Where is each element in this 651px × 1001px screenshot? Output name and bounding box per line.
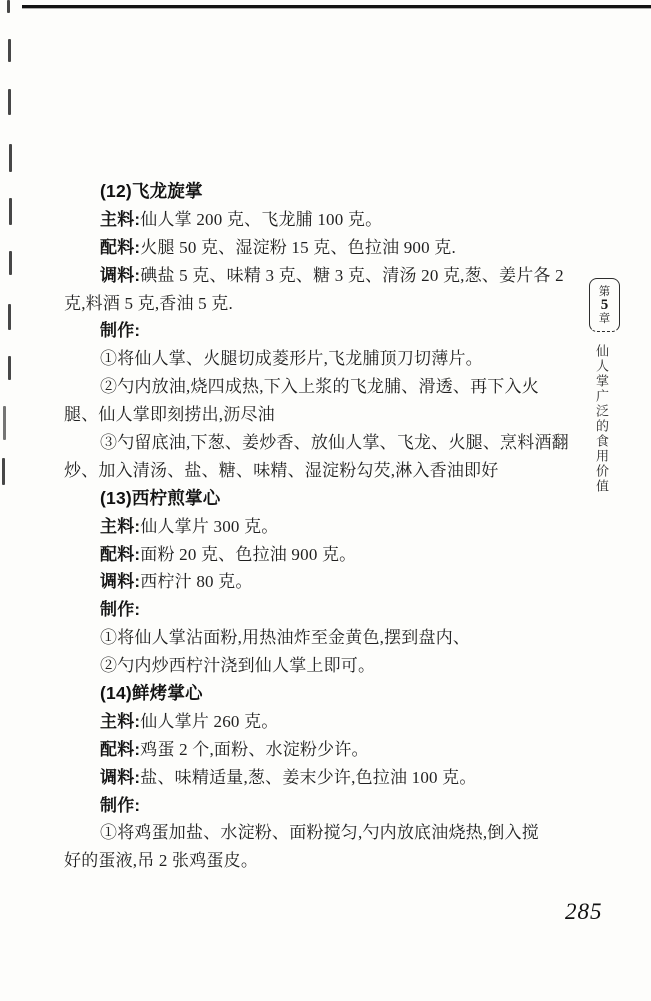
recipe-field-label: 调料: bbox=[100, 572, 140, 591]
scan-tick-artifact bbox=[3, 406, 6, 440]
recipe-text-line: 制作: bbox=[64, 317, 579, 345]
recipe-field-text: 面粉 20 克、色拉油 900 克。 bbox=[140, 545, 356, 564]
recipe-field-text: 仙人掌片 300 克。 bbox=[140, 517, 278, 536]
recipe-text-line: 制作: bbox=[64, 596, 579, 624]
recipe-field-text: ①将鸡蛋加盐、水淀粉、面粉搅匀,勺内放底油烧热,倒入搅 bbox=[100, 823, 539, 842]
recipe-field-text: 盐、味精适量,葱、姜末少许,色拉油 100 克。 bbox=[140, 768, 476, 787]
scan-tick-artifact bbox=[8, 356, 11, 380]
scan-edge-artifact bbox=[22, 5, 651, 8]
recipe-field-text: 鸡蛋 2 个,面粉、水淀粉少许。 bbox=[140, 740, 368, 759]
chapter-tab-number: 5 bbox=[601, 298, 609, 313]
recipe-text-block: (12)飞龙旋掌主料:仙人掌 200 克、飞龙脯 100 克。配料:火腿 50 … bbox=[64, 178, 579, 875]
recipe-text-line: ①将仙人掌沾面粉,用热油炸至金黄色,摆到盘内、 bbox=[64, 624, 579, 652]
recipe-field-text: 火腿 50 克、湿淀粉 15 克、色拉油 900 克. bbox=[140, 238, 456, 257]
recipe-field-label: 制作: bbox=[100, 600, 140, 619]
page-number: 285 bbox=[565, 899, 603, 925]
recipe-field-text: ③勺留底油,下葱、姜炒香、放仙人掌、飞龙、火腿、烹料酒翻 bbox=[100, 433, 569, 452]
recipe-field-text: (13)西柠煎掌心 bbox=[100, 488, 220, 508]
recipe-heading: (12)飞龙旋掌 bbox=[64, 178, 579, 206]
recipe-field-text: 好的蛋液,吊 2 张鸡蛋皮。 bbox=[64, 851, 258, 870]
recipe-field-text: (14)鲜烤掌心 bbox=[100, 683, 203, 703]
recipe-field-label: 主料: bbox=[100, 210, 140, 229]
recipe-text-line: 炒、加入清汤、盐、糖、味精、湿淀粉勾芡,淋入香油即好 bbox=[64, 457, 579, 485]
recipe-heading: (14)鲜烤掌心 bbox=[64, 680, 579, 708]
recipe-text-line: 配料:火腿 50 克、湿淀粉 15 克、色拉油 900 克. bbox=[64, 234, 579, 262]
recipe-text-line: 调料:碘盐 5 克、味精 3 克、糖 3 克、清汤 20 克,葱、姜片各 2 bbox=[64, 262, 579, 290]
recipe-field-text: (12)飞龙旋掌 bbox=[100, 181, 203, 201]
recipe-text-line: 主料:仙人掌片 260 克。 bbox=[64, 708, 579, 736]
scan-tick-artifact bbox=[8, 39, 11, 62]
recipe-field-label: 配料: bbox=[100, 740, 140, 759]
recipe-field-label: 制作: bbox=[100, 796, 140, 815]
scan-tick-artifact bbox=[9, 198, 12, 225]
recipe-text-line: ③勺留底油,下葱、姜炒香、放仙人掌、飞龙、火腿、烹料酒翻 bbox=[64, 429, 579, 457]
recipe-text-line: 主料:仙人掌片 300 克。 bbox=[64, 513, 579, 541]
recipe-text-line: ②勺内炒西柠汁浇到仙人掌上即可。 bbox=[64, 652, 579, 680]
recipe-text-line: 配料:鸡蛋 2 个,面粉、水淀粉少许。 bbox=[64, 736, 579, 764]
recipe-text-line: 主料:仙人掌 200 克、飞龙脯 100 克。 bbox=[64, 206, 579, 234]
recipe-text-line: ①将鸡蛋加盐、水淀粉、面粉搅匀,勺内放底油烧热,倒入搅 bbox=[64, 819, 579, 847]
recipe-field-label: 主料: bbox=[100, 517, 140, 536]
recipe-heading: (13)西柠煎掌心 bbox=[64, 485, 579, 513]
scan-tick-artifact bbox=[7, 0, 10, 13]
recipe-text-line: 制作: bbox=[64, 792, 579, 820]
recipe-field-text: 仙人掌片 260 克。 bbox=[140, 712, 278, 731]
recipe-field-text: 西柠汁 80 克。 bbox=[140, 572, 252, 591]
recipe-text-line: 调料:盐、味精适量,葱、姜末少许,色拉油 100 克。 bbox=[64, 764, 579, 792]
recipe-text-line: ②勺内放油,烧四成热,下入上浆的飞龙脯、滑透、再下入火 bbox=[64, 373, 579, 401]
chapter-tab-prefix: 第 bbox=[599, 286, 611, 298]
scan-tick-artifact bbox=[9, 144, 12, 172]
recipe-field-text: ②勺内炒西柠汁浇到仙人掌上即可。 bbox=[100, 656, 375, 675]
recipe-field-label: 主料: bbox=[100, 712, 140, 731]
recipe-text-line: 腿、仙人掌即刻捞出,沥尽油 bbox=[64, 401, 579, 429]
recipe-field-text: 碘盐 5 克、味精 3 克、糖 3 克、清汤 20 克,葱、姜片各 2 bbox=[140, 266, 564, 285]
recipe-field-text: ②勺内放油,烧四成热,下入上浆的飞龙脯、滑透、再下入火 bbox=[100, 377, 539, 396]
scan-tick-artifact bbox=[9, 251, 12, 275]
scanned-book-page: (12)飞龙旋掌主料:仙人掌 200 克、飞龙脯 100 克。配料:火腿 50 … bbox=[0, 0, 651, 1001]
scan-tick-artifact bbox=[2, 458, 5, 485]
recipe-field-text: 克,料酒 5 克,香油 5 克. bbox=[64, 294, 233, 313]
recipe-field-label: 制作: bbox=[100, 321, 140, 340]
recipe-field-text: 仙人掌 200 克、飞龙脯 100 克。 bbox=[140, 210, 382, 229]
recipe-text-line: 调料:西柠汁 80 克。 bbox=[64, 568, 579, 596]
recipe-field-label: 配料: bbox=[100, 545, 140, 564]
recipe-text-line: 克,料酒 5 克,香油 5 克. bbox=[64, 290, 579, 318]
chapter-side-title: 仙人掌广泛的食用价值 bbox=[592, 344, 611, 504]
chapter-tab: 第 5 章 bbox=[589, 278, 620, 332]
recipe-text-line: 好的蛋液,吊 2 张鸡蛋皮。 bbox=[64, 847, 579, 875]
recipe-field-label: 配料: bbox=[100, 238, 140, 257]
recipe-field-text: ①将仙人掌沾面粉,用热油炸至金黄色,摆到盘内、 bbox=[100, 628, 470, 647]
scan-tick-artifact bbox=[8, 89, 11, 115]
recipe-field-text: 腿、仙人掌即刻捞出,沥尽油 bbox=[64, 405, 275, 424]
recipe-field-label: 调料: bbox=[100, 266, 140, 285]
scan-tick-artifact bbox=[8, 304, 11, 330]
recipe-text-line: ①将仙人掌、火腿切成菱形片,飞龙脯顶刀切薄片。 bbox=[64, 345, 579, 373]
recipe-field-text: ①将仙人掌、火腿切成菱形片,飞龙脯顶刀切薄片。 bbox=[100, 349, 483, 368]
recipe-field-label: 调料: bbox=[100, 768, 140, 787]
recipe-field-text: 炒、加入清汤、盐、糖、味精、湿淀粉勾芡,淋入香油即好 bbox=[64, 461, 498, 480]
recipe-text-line: 配料:面粉 20 克、色拉油 900 克。 bbox=[64, 541, 579, 569]
chapter-tab-suffix: 章 bbox=[599, 313, 611, 325]
